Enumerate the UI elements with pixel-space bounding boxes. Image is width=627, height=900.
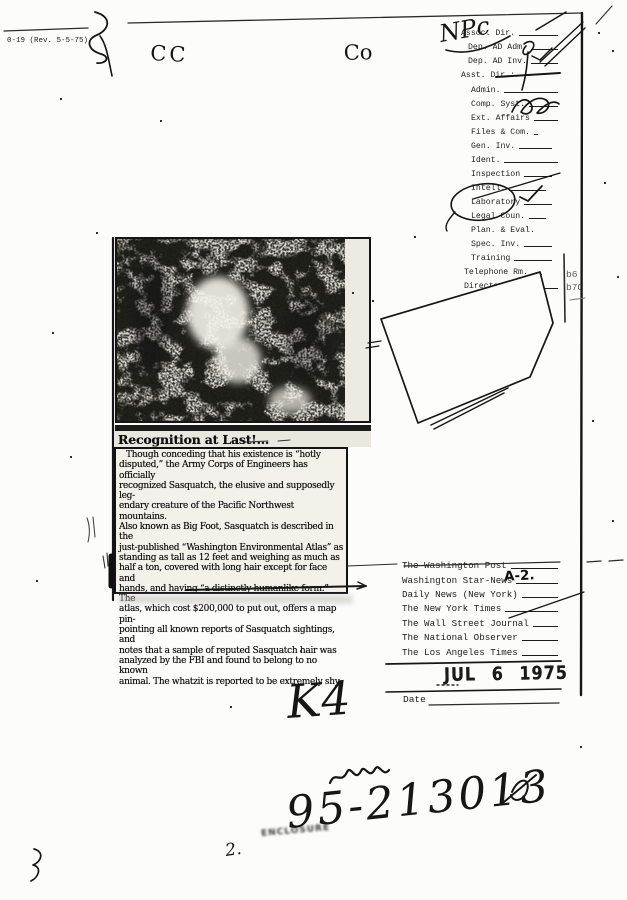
fill-in-line bbox=[504, 162, 558, 163]
scan-noise-specks bbox=[0, 0, 2, 2]
fill-in-line bbox=[524, 176, 552, 177]
photo-dark-patch bbox=[285, 297, 327, 381]
clipping-body-box: Though conceding that his existence is “… bbox=[114, 447, 348, 594]
photo-dark-patch bbox=[133, 257, 171, 369]
fill-in-line bbox=[532, 274, 542, 275]
cc-mark-right: Co bbox=[343, 40, 373, 65]
newspaper-item: The National Observer bbox=[402, 629, 559, 643]
fill-in-line bbox=[505, 611, 558, 612]
fill-in-line bbox=[534, 120, 558, 121]
routing-item: Files & Com. bbox=[461, 123, 560, 137]
photo-torn-edge bbox=[345, 239, 369, 421]
newspaper-label: The Los Angeles Times bbox=[402, 647, 518, 658]
photo-light-patch bbox=[215, 337, 261, 383]
newspaper-label: Washington Star-News bbox=[402, 575, 512, 586]
routing-item-label: Ext. Affairs bbox=[471, 114, 530, 123]
clipping-photo bbox=[115, 237, 371, 423]
newspaper-item: The New York Times bbox=[402, 600, 559, 614]
routing-item: Training bbox=[461, 249, 560, 263]
routing-item-label: Admin. bbox=[471, 86, 500, 95]
fill-in-line bbox=[524, 204, 552, 205]
routing-item-label: Legal Coun. bbox=[471, 212, 525, 221]
redaction-polygon bbox=[381, 272, 553, 423]
routing-item: Legal Coun. bbox=[461, 207, 560, 221]
fill-in-line bbox=[522, 655, 558, 656]
routing-item: Plan. & Eval. bbox=[461, 221, 560, 235]
fill-in-line bbox=[534, 134, 538, 135]
routing-item-label: Director Sec'y bbox=[464, 282, 533, 291]
exemption-b6: b6 bbox=[566, 268, 583, 281]
routing-item-label: Plan. & Eval. bbox=[471, 226, 535, 235]
fill-in-line bbox=[519, 148, 552, 149]
routing-item-label: Training bbox=[471, 254, 510, 263]
photo-light-patch bbox=[269, 387, 311, 413]
newspaper-item: Daily News (New York) bbox=[402, 586, 559, 600]
newspaper-label: The Washington Post bbox=[402, 560, 507, 571]
redaction-area bbox=[366, 272, 553, 429]
routing-item: Inspection bbox=[461, 165, 560, 179]
routing-item: Telephone Rm. bbox=[461, 263, 560, 277]
fill-in-line bbox=[519, 35, 558, 36]
routing-item-label: Intell. bbox=[471, 184, 505, 193]
routing-item-label: Files & Com. bbox=[471, 128, 530, 137]
routing-item-label: Dep. AD Inv. bbox=[468, 57, 527, 66]
fill-in-line bbox=[509, 190, 546, 191]
cc-mark-left: CC bbox=[150, 41, 189, 67]
form-number: 0-19 (Rev. 5-5-75) bbox=[7, 37, 88, 45]
fill-in-line bbox=[522, 597, 558, 598]
newspaper-item: The Wall Street Journal bbox=[402, 615, 559, 629]
clipping-body-text: Though conceding that his existence is “… bbox=[119, 450, 344, 687]
exemption-b7c: b7C bbox=[566, 281, 583, 294]
fill-in-line bbox=[529, 218, 546, 219]
routing-item-label: Comp. Syst. bbox=[471, 100, 525, 109]
date-received-stamp: JUL 6 1975 bbox=[444, 661, 568, 685]
fill-in-line bbox=[531, 63, 558, 64]
fill-in-line bbox=[514, 260, 552, 261]
clipping-headline-bar: Recognition at Last!... bbox=[115, 431, 371, 447]
fill-in-line bbox=[524, 246, 552, 247]
fill-in-line bbox=[531, 49, 558, 50]
newspaper-item: The Washington Post bbox=[402, 557, 559, 571]
enclosure-stamp: ENCLOSURE bbox=[261, 823, 331, 839]
routing-item-label: Asst. Dir.: bbox=[461, 71, 515, 80]
clipping-headline: Recognition at Last!... bbox=[118, 432, 269, 448]
routing-item: Dep. AD Inv. bbox=[461, 52, 560, 66]
routing-item: Ident. bbox=[461, 151, 560, 165]
routing-item: Intell. bbox=[461, 179, 560, 193]
routing-item: Asst. Dir.: bbox=[461, 66, 560, 80]
routing-item-label: Laboratory bbox=[471, 198, 520, 207]
routing-item: Assoc. Dir. bbox=[461, 24, 560, 38]
page-number: 2. bbox=[223, 839, 243, 861]
date-label: Date bbox=[403, 694, 426, 705]
newspaper-item: Washington Star-News bbox=[402, 572, 559, 586]
page-reference-annotation: A-2. bbox=[504, 567, 535, 585]
fill-in-line bbox=[529, 106, 558, 107]
routing-item-label: Assoc. Dir. bbox=[461, 29, 515, 38]
corner-dash bbox=[596, 6, 612, 24]
routing-item: Dep. AD Adm. bbox=[461, 38, 560, 52]
newspaper-label: Daily News (New York) bbox=[402, 589, 518, 600]
fill-in-line bbox=[522, 640, 558, 641]
newspaper-label: The Wall Street Journal bbox=[402, 618, 529, 629]
form-squiggle-tail bbox=[100, 36, 112, 76]
signature-scribble bbox=[330, 767, 389, 783]
margin-squiggle bbox=[31, 849, 41, 881]
routing-item: Ext. Affairs bbox=[461, 109, 560, 123]
newspaper-label: The New York Times bbox=[402, 603, 501, 614]
form-squiggle bbox=[89, 12, 107, 63]
clipping-torn-shadow bbox=[118, 595, 353, 604]
routing-item: Director Sec'y bbox=[461, 277, 560, 291]
laboratory-circle-tail bbox=[446, 212, 455, 231]
routing-item-label: Spec. Inv. bbox=[471, 240, 520, 249]
routing-item-label: Telephone Rm. bbox=[464, 268, 528, 277]
routing-item: Comp. Syst. bbox=[461, 95, 560, 109]
scanned-fbi-routing-slip: { "form": { "number": "0-19 (Rev. 5-5-75… bbox=[0, 0, 627, 900]
routing-item: Admin. bbox=[461, 81, 560, 95]
newspaper-item: The Los Angeles Times bbox=[402, 644, 559, 658]
foia-exemption-codes: b6 b7C bbox=[566, 268, 583, 294]
fill-in-line bbox=[504, 92, 558, 93]
routing-item-label: Dep. AD Adm. bbox=[468, 43, 527, 52]
fill-in-line bbox=[533, 626, 558, 627]
routing-item: Spec. Inv. bbox=[461, 235, 560, 249]
routing-item-label: Ident. bbox=[471, 156, 500, 165]
routing-item: Laboratory bbox=[461, 193, 560, 207]
routing-item-label: Gen. Inv. bbox=[471, 142, 515, 151]
fill-in-line bbox=[537, 288, 558, 289]
newspaper-label: The National Observer bbox=[402, 632, 518, 643]
routing-item: Gen. Inv. bbox=[461, 137, 560, 151]
redaction-underlines bbox=[431, 388, 508, 429]
routing-item-label: Inspection bbox=[471, 170, 520, 179]
file-number-flourish bbox=[504, 775, 536, 802]
